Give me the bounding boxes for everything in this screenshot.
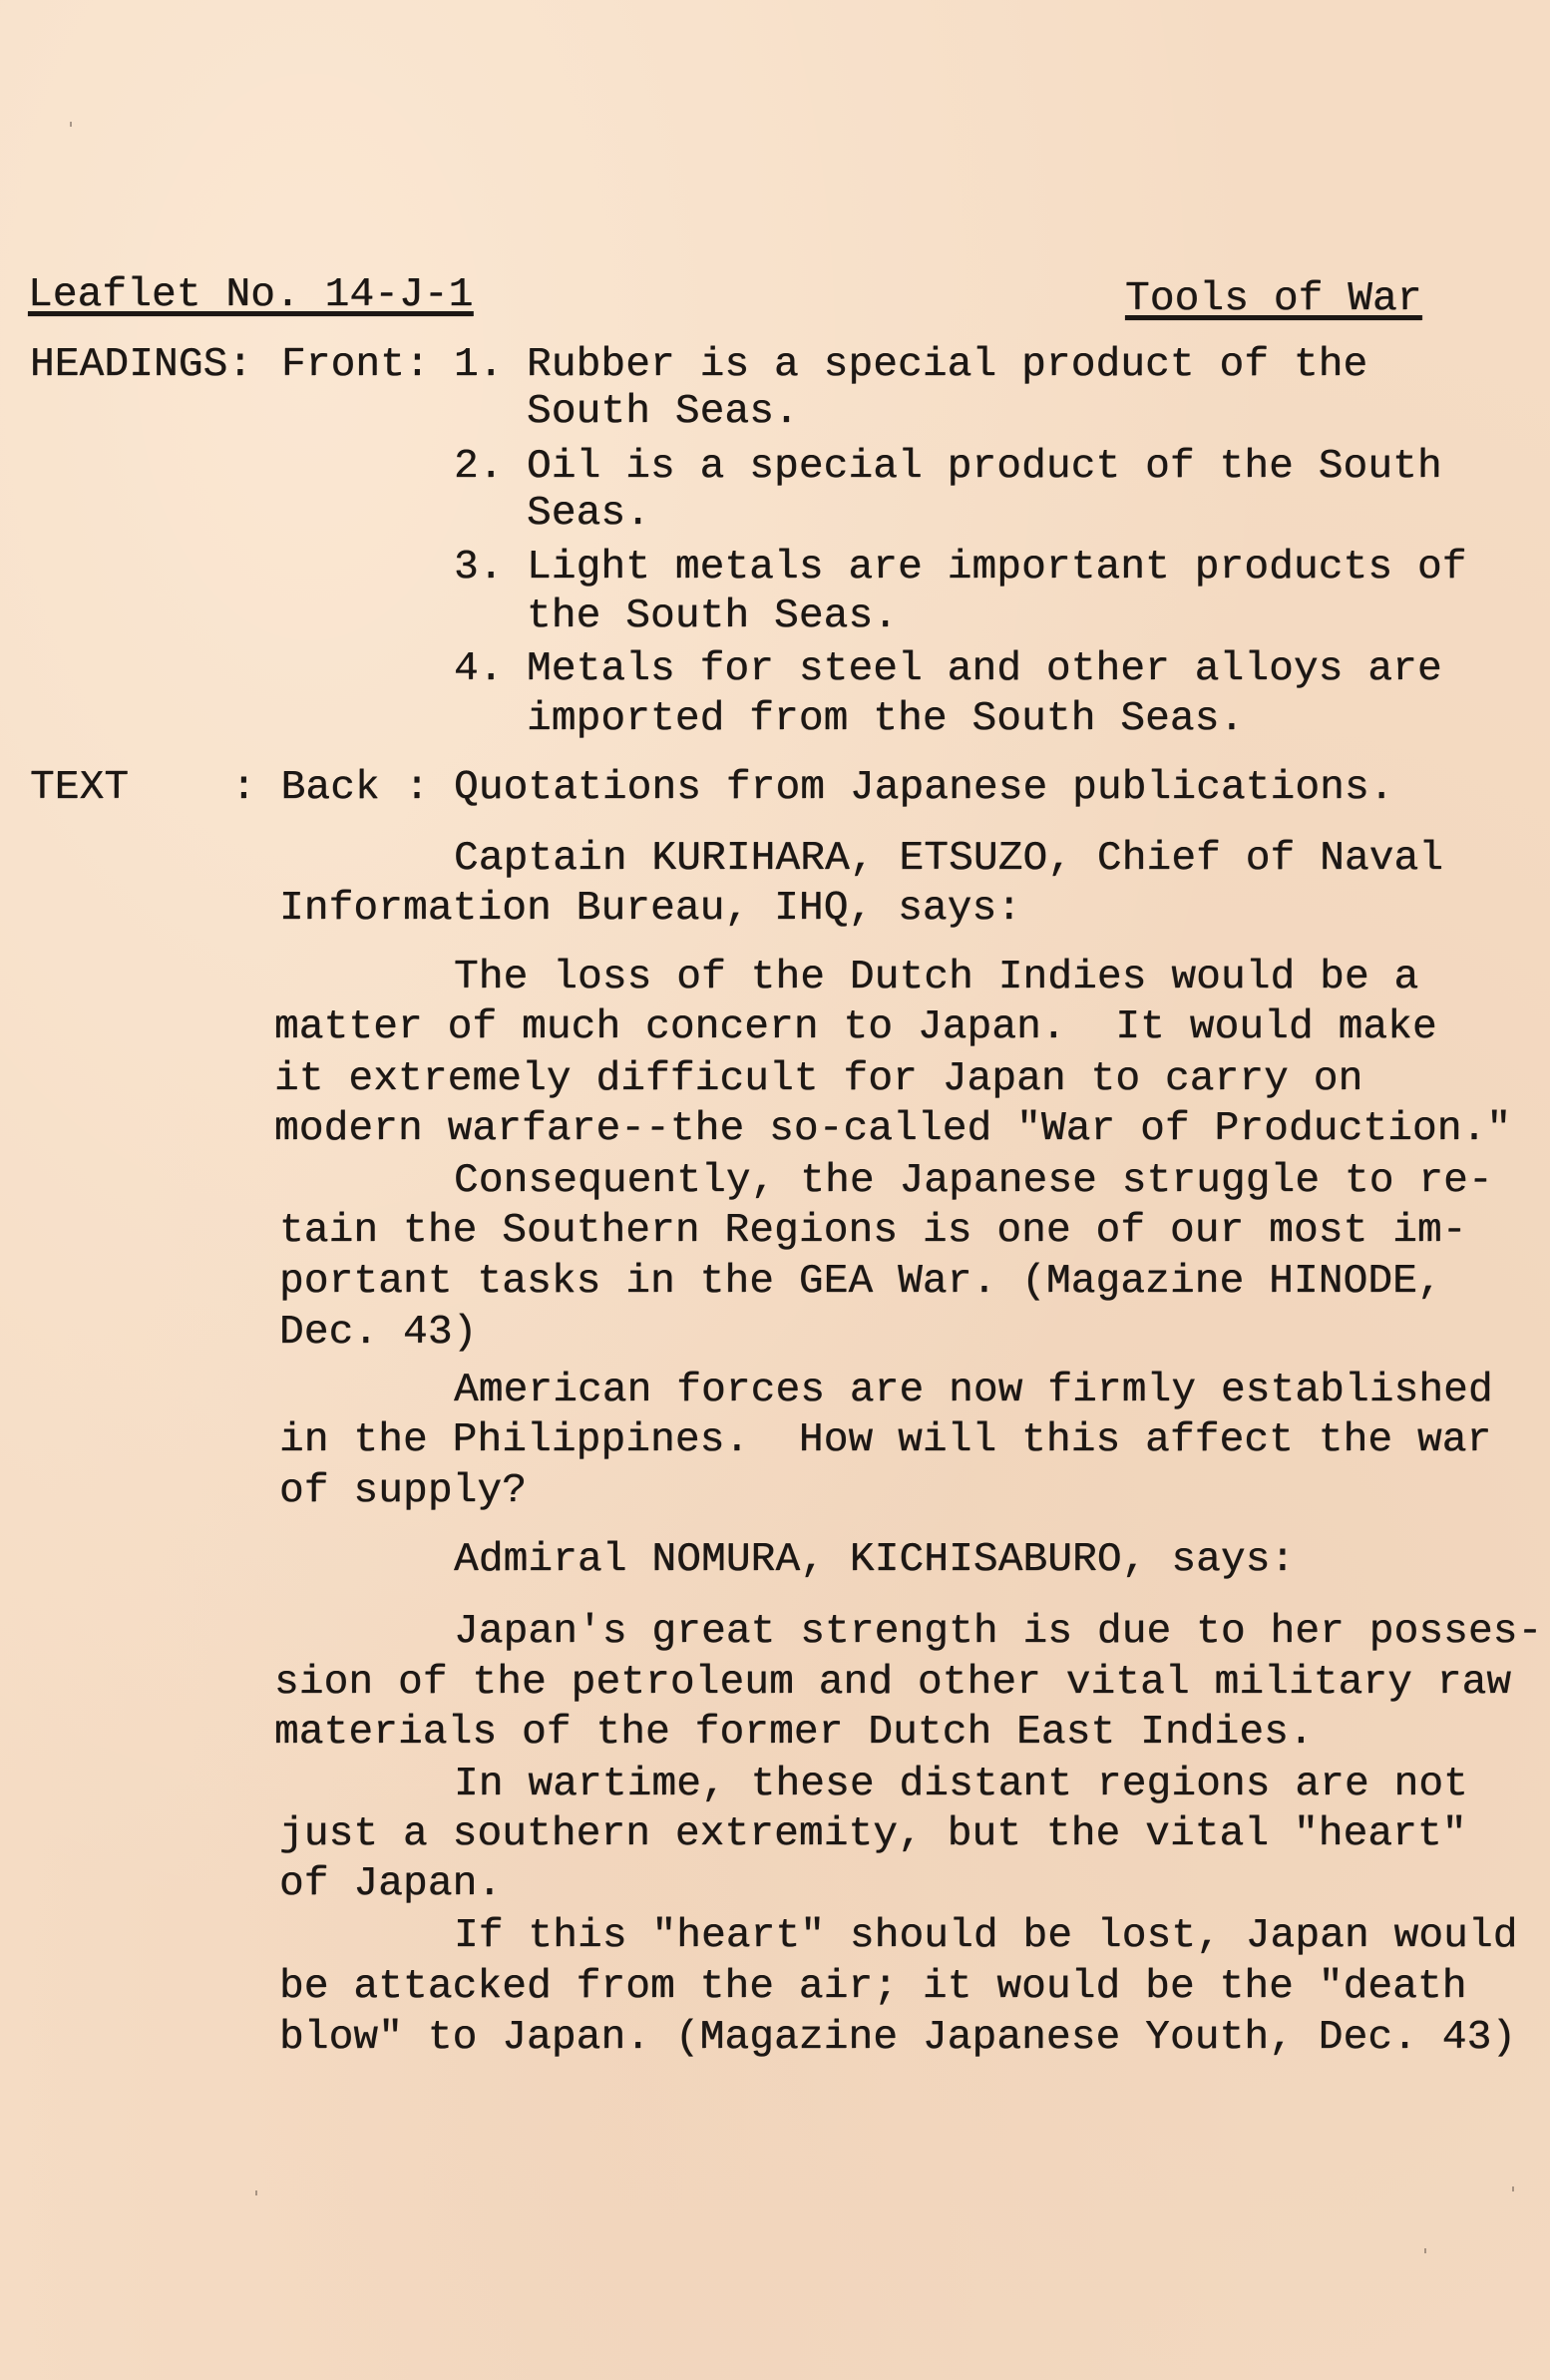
paper-speck <box>1424 2248 1426 2253</box>
document-title: Tools of War <box>1125 275 1422 323</box>
paper-speck <box>1512 2186 1514 2191</box>
heading-item-line: South Seas. <box>527 388 799 436</box>
paper-speck <box>255 2190 257 2195</box>
body-line: American forces are now firmly establish… <box>454 1367 1493 1414</box>
heading-item-line: Seas. <box>527 490 650 538</box>
headings-side: Front: <box>281 341 430 389</box>
body-line: In wartime, these distant regions are no… <box>454 1761 1468 1808</box>
heading-item-number: 1. <box>454 341 504 389</box>
body-line: tain the Southern Regions is one of our … <box>279 1207 1467 1255</box>
text-side: : Back : <box>231 764 429 812</box>
body-line: be attacked from the air; it would be th… <box>279 1963 1467 2011</box>
body-line: materials of the former Dutch East Indie… <box>274 1709 1314 1757</box>
body-line: it extremely difficult for Japan to carr… <box>274 1055 1362 1103</box>
heading-item-line: Metals for steel and other alloys are <box>527 645 1442 693</box>
body-line: Consequently, the Japanese struggle to r… <box>454 1157 1493 1205</box>
paper-speck <box>70 122 72 127</box>
typed-leaflet-page: Leaflet No. 14-J-1 Tools of War HEADINGS… <box>0 0 1550 2380</box>
headings-label: HEADINGS: <box>30 341 252 389</box>
body-line: If this "heart" should be lost, Japan wo… <box>454 1912 1518 1960</box>
body-line: Information Bureau, IHQ, says: <box>279 885 1021 933</box>
leaflet-number: Leaflet No. 14-J-1 <box>28 271 473 319</box>
body-line: Captain KURIHARA, ETSUZO, Chief of Naval <box>454 835 1443 883</box>
heading-item-line: Light metals are important products of <box>527 544 1467 592</box>
heading-item-number: 3. <box>454 544 504 592</box>
text-label: TEXT <box>30 764 129 812</box>
body-line: sion of the petroleum and other vital mi… <box>274 1659 1511 1707</box>
body-line: modern warfare--the so-called "War of Pr… <box>274 1105 1511 1153</box>
heading-item-line: Oil is a special product of the South <box>527 443 1442 491</box>
body-line: of Japan. <box>279 1860 502 1908</box>
body-line: portant tasks in the GEA War. (Magazine … <box>279 1258 1442 1306</box>
heading-item-number: 4. <box>454 645 504 693</box>
heading-item-line: imported from the South Seas. <box>527 695 1244 743</box>
body-line: Admiral NOMURA, KICHISABURO, says: <box>454 1536 1295 1584</box>
body-line: blow" to Japan. (Magazine Japanese Youth… <box>279 2014 1516 2062</box>
body-line: Dec. 43) <box>279 1309 477 1357</box>
heading-item-line: the South Seas. <box>527 593 898 640</box>
body-line: Japan's great strength is due to her pos… <box>454 1608 1542 1656</box>
body-line: matter of much concern to Japan. It woul… <box>274 1003 1437 1051</box>
text-intro: Quotations from Japanese publications. <box>454 764 1394 812</box>
body-line: of supply? <box>279 1467 527 1515</box>
heading-item-line: Rubber is a special product of the <box>527 341 1367 389</box>
body-line: in the Philippines. How will this affect… <box>279 1416 1491 1464</box>
body-line: The loss of the Dutch Indies would be a <box>454 954 1418 1001</box>
heading-item-number: 2. <box>454 443 504 491</box>
body-line: just a southern extremity, but the vital… <box>279 1810 1467 1858</box>
